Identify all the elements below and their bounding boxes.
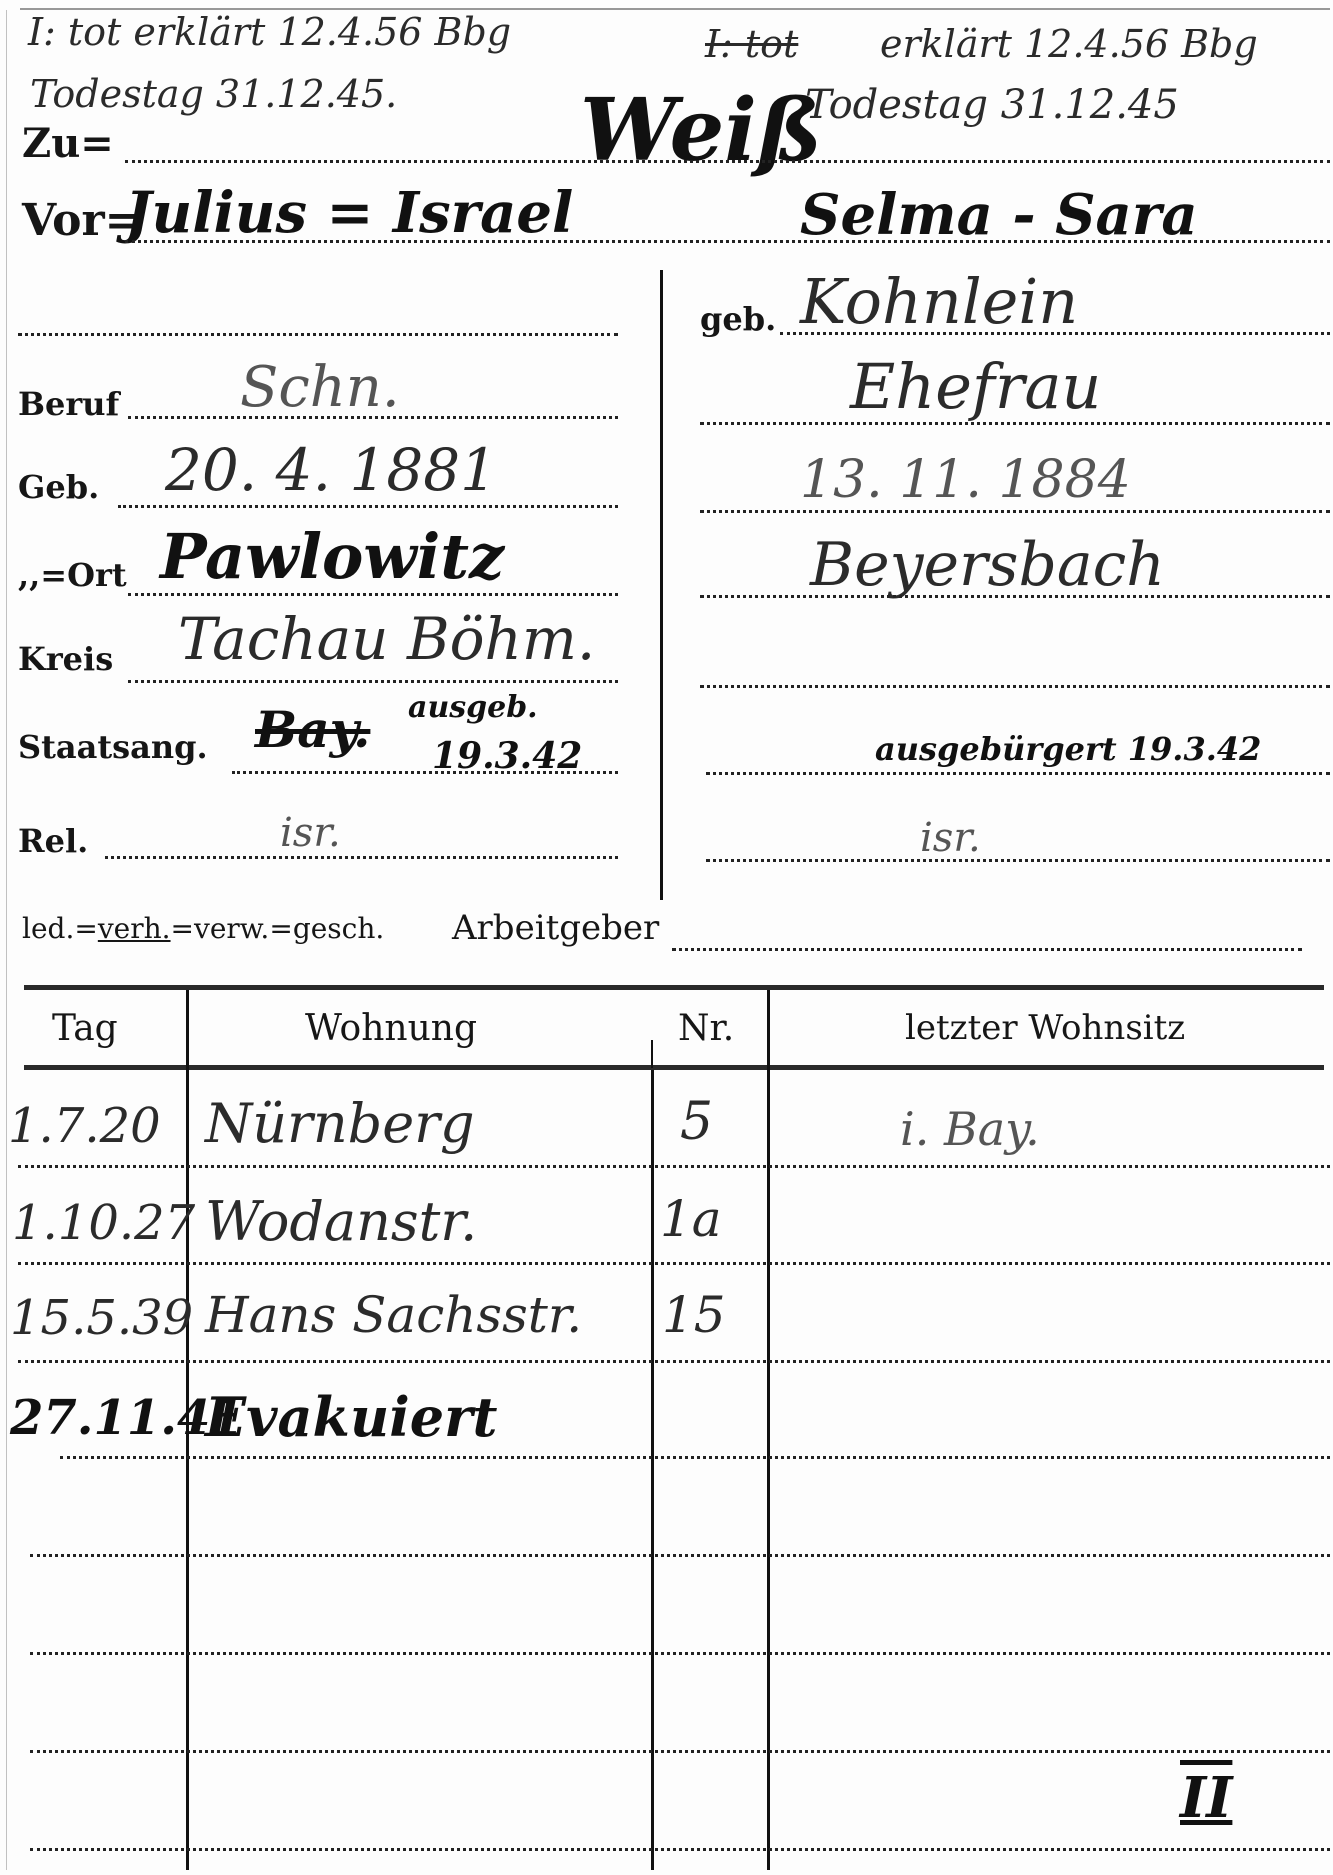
row4-wohnung: Evakuiert <box>205 1385 497 1449</box>
row2-tag: 1.10.27 <box>12 1195 195 1251</box>
field-label-staatsang: Staatsang. <box>18 728 208 766</box>
field-line-beruf <box>128 416 618 419</box>
field-line-rel <box>105 856 618 859</box>
surname-line <box>125 160 1330 163</box>
husband-blank-line <box>18 333 618 336</box>
table-top-rule <box>24 985 1324 990</box>
annotation-death-date-right: Todestag 31.12.45 <box>805 82 1179 128</box>
row2-nr: 1a <box>660 1190 722 1248</box>
field-value-rel: isr. <box>280 810 341 856</box>
card-left-edge <box>6 10 7 1870</box>
table-header-rule <box>24 1065 1324 1070</box>
row3-nr: 15 <box>662 1286 726 1344</box>
row2-wohnung: Wodanstr. <box>205 1190 477 1253</box>
field-label-geb: Geb. <box>18 468 99 506</box>
forename-line <box>125 240 1330 243</box>
wife-religion: isr. <box>920 815 981 861</box>
field-line-kreis <box>128 680 618 683</box>
wife-birth-date: 13. 11. 1884 <box>800 450 1131 510</box>
wife-staatsang: ausgebürgert 19.3.42 <box>875 730 1261 768</box>
field-value-staatsang-struck: Bay. <box>255 700 370 759</box>
row3-tag: 15.5.39 <box>10 1290 193 1346</box>
row2-line <box>18 1262 1330 1265</box>
wife-kreis-line <box>700 685 1330 688</box>
annotation-death-declared-right: erklärt 12.4.56 Bbg <box>880 22 1258 66</box>
spouse-divider <box>660 270 663 900</box>
marital-status-options: led.=verh.=verw.=gesch. <box>22 912 384 945</box>
table-col-divider-3 <box>767 990 770 1870</box>
wife-birth-place: Beyersbach <box>810 530 1165 600</box>
wife-birth-place-line <box>700 595 1330 598</box>
field-label-kreis: Kreis <box>18 640 113 678</box>
row8-line <box>30 1848 1330 1851</box>
surname-label: Zu= <box>22 120 114 167</box>
wife-forename: Selma - Sara <box>800 182 1198 248</box>
marital-option-single: led. <box>22 912 74 945</box>
wife-geb-line <box>780 332 1330 335</box>
marital-option-divorced: gesch. <box>293 912 384 945</box>
wife-religion-line <box>706 859 1330 862</box>
row7-line <box>30 1750 1330 1753</box>
wife-birth-date-line <box>700 510 1330 513</box>
field-label-rel: Rel. <box>18 822 88 860</box>
row1-nr: 5 <box>680 1092 713 1152</box>
marital-option-married-selected: verh. <box>98 912 171 945</box>
annotation-death-declared-right-struck: I: tot <box>705 22 798 66</box>
wife-maiden-name: Kohnlein <box>800 265 1078 338</box>
field-value-staatsang-revoked: ausgeb. <box>408 690 538 725</box>
field-line-ort <box>128 593 618 596</box>
husband-forename: Julius = Israel <box>125 180 573 246</box>
employer-label: Arbeitgeber <box>452 908 659 948</box>
table-header-nr: Nr. <box>678 1008 734 1049</box>
annotation-death-declared-left: I: tot erklärt 12.4.56 Bbg <box>28 10 511 54</box>
field-label-ort: ,,=Ort <box>18 556 127 594</box>
forename-label: Vor= <box>22 195 142 246</box>
page-marker-roman-two: II <box>1180 1765 1232 1831</box>
row3-line <box>18 1360 1330 1363</box>
wife-geb-label: geb. <box>700 300 776 338</box>
wife-staatsang-line <box>706 772 1330 775</box>
row1-letzter: i. Bay. <box>900 1102 1040 1156</box>
row6-line <box>30 1652 1330 1655</box>
row3-wohnung: Hans Sachsstr. <box>205 1286 582 1344</box>
field-value-ort: Pawlowitz <box>160 520 504 593</box>
registration-card: I: tot erklärt 12.4.56 Bbg Todestag 31.1… <box>0 0 1333 1875</box>
row5-line <box>30 1554 1330 1557</box>
wife-occupation: Ehefrau <box>850 350 1101 423</box>
table-header-letzter-wohnsitz: letzter Wohnsitz <box>905 1008 1185 1048</box>
field-value-kreis: Tachau Böhm. <box>178 605 595 673</box>
surname-value: Weiß <box>580 80 822 181</box>
field-line-staatsang <box>232 771 618 774</box>
struck-text: Bay. <box>255 700 370 759</box>
row1-line <box>18 1165 1330 1168</box>
table-header-wohnung: Wohnung <box>305 1008 477 1049</box>
row4-line <box>60 1456 1330 1459</box>
table-col-divider-2-stub <box>651 1040 653 1068</box>
row1-tag: 1.7.20 <box>8 1098 161 1154</box>
struck-text: I: tot <box>705 22 798 66</box>
annotation-death-date-left: Todestag 31.12.45. <box>30 72 397 116</box>
field-value-beruf: Schn. <box>240 355 400 420</box>
wife-occupation-line <box>700 422 1330 425</box>
employer-line <box>672 948 1302 951</box>
marital-option-widowed: verw. <box>194 912 269 945</box>
row1-wohnung: Nürnberg <box>205 1092 475 1155</box>
field-line-geb <box>118 505 618 508</box>
field-value-geb: 20. 4. 1881 <box>165 436 497 504</box>
table-header-tag: Tag <box>52 1008 118 1049</box>
field-label-beruf: Beruf <box>18 385 119 423</box>
